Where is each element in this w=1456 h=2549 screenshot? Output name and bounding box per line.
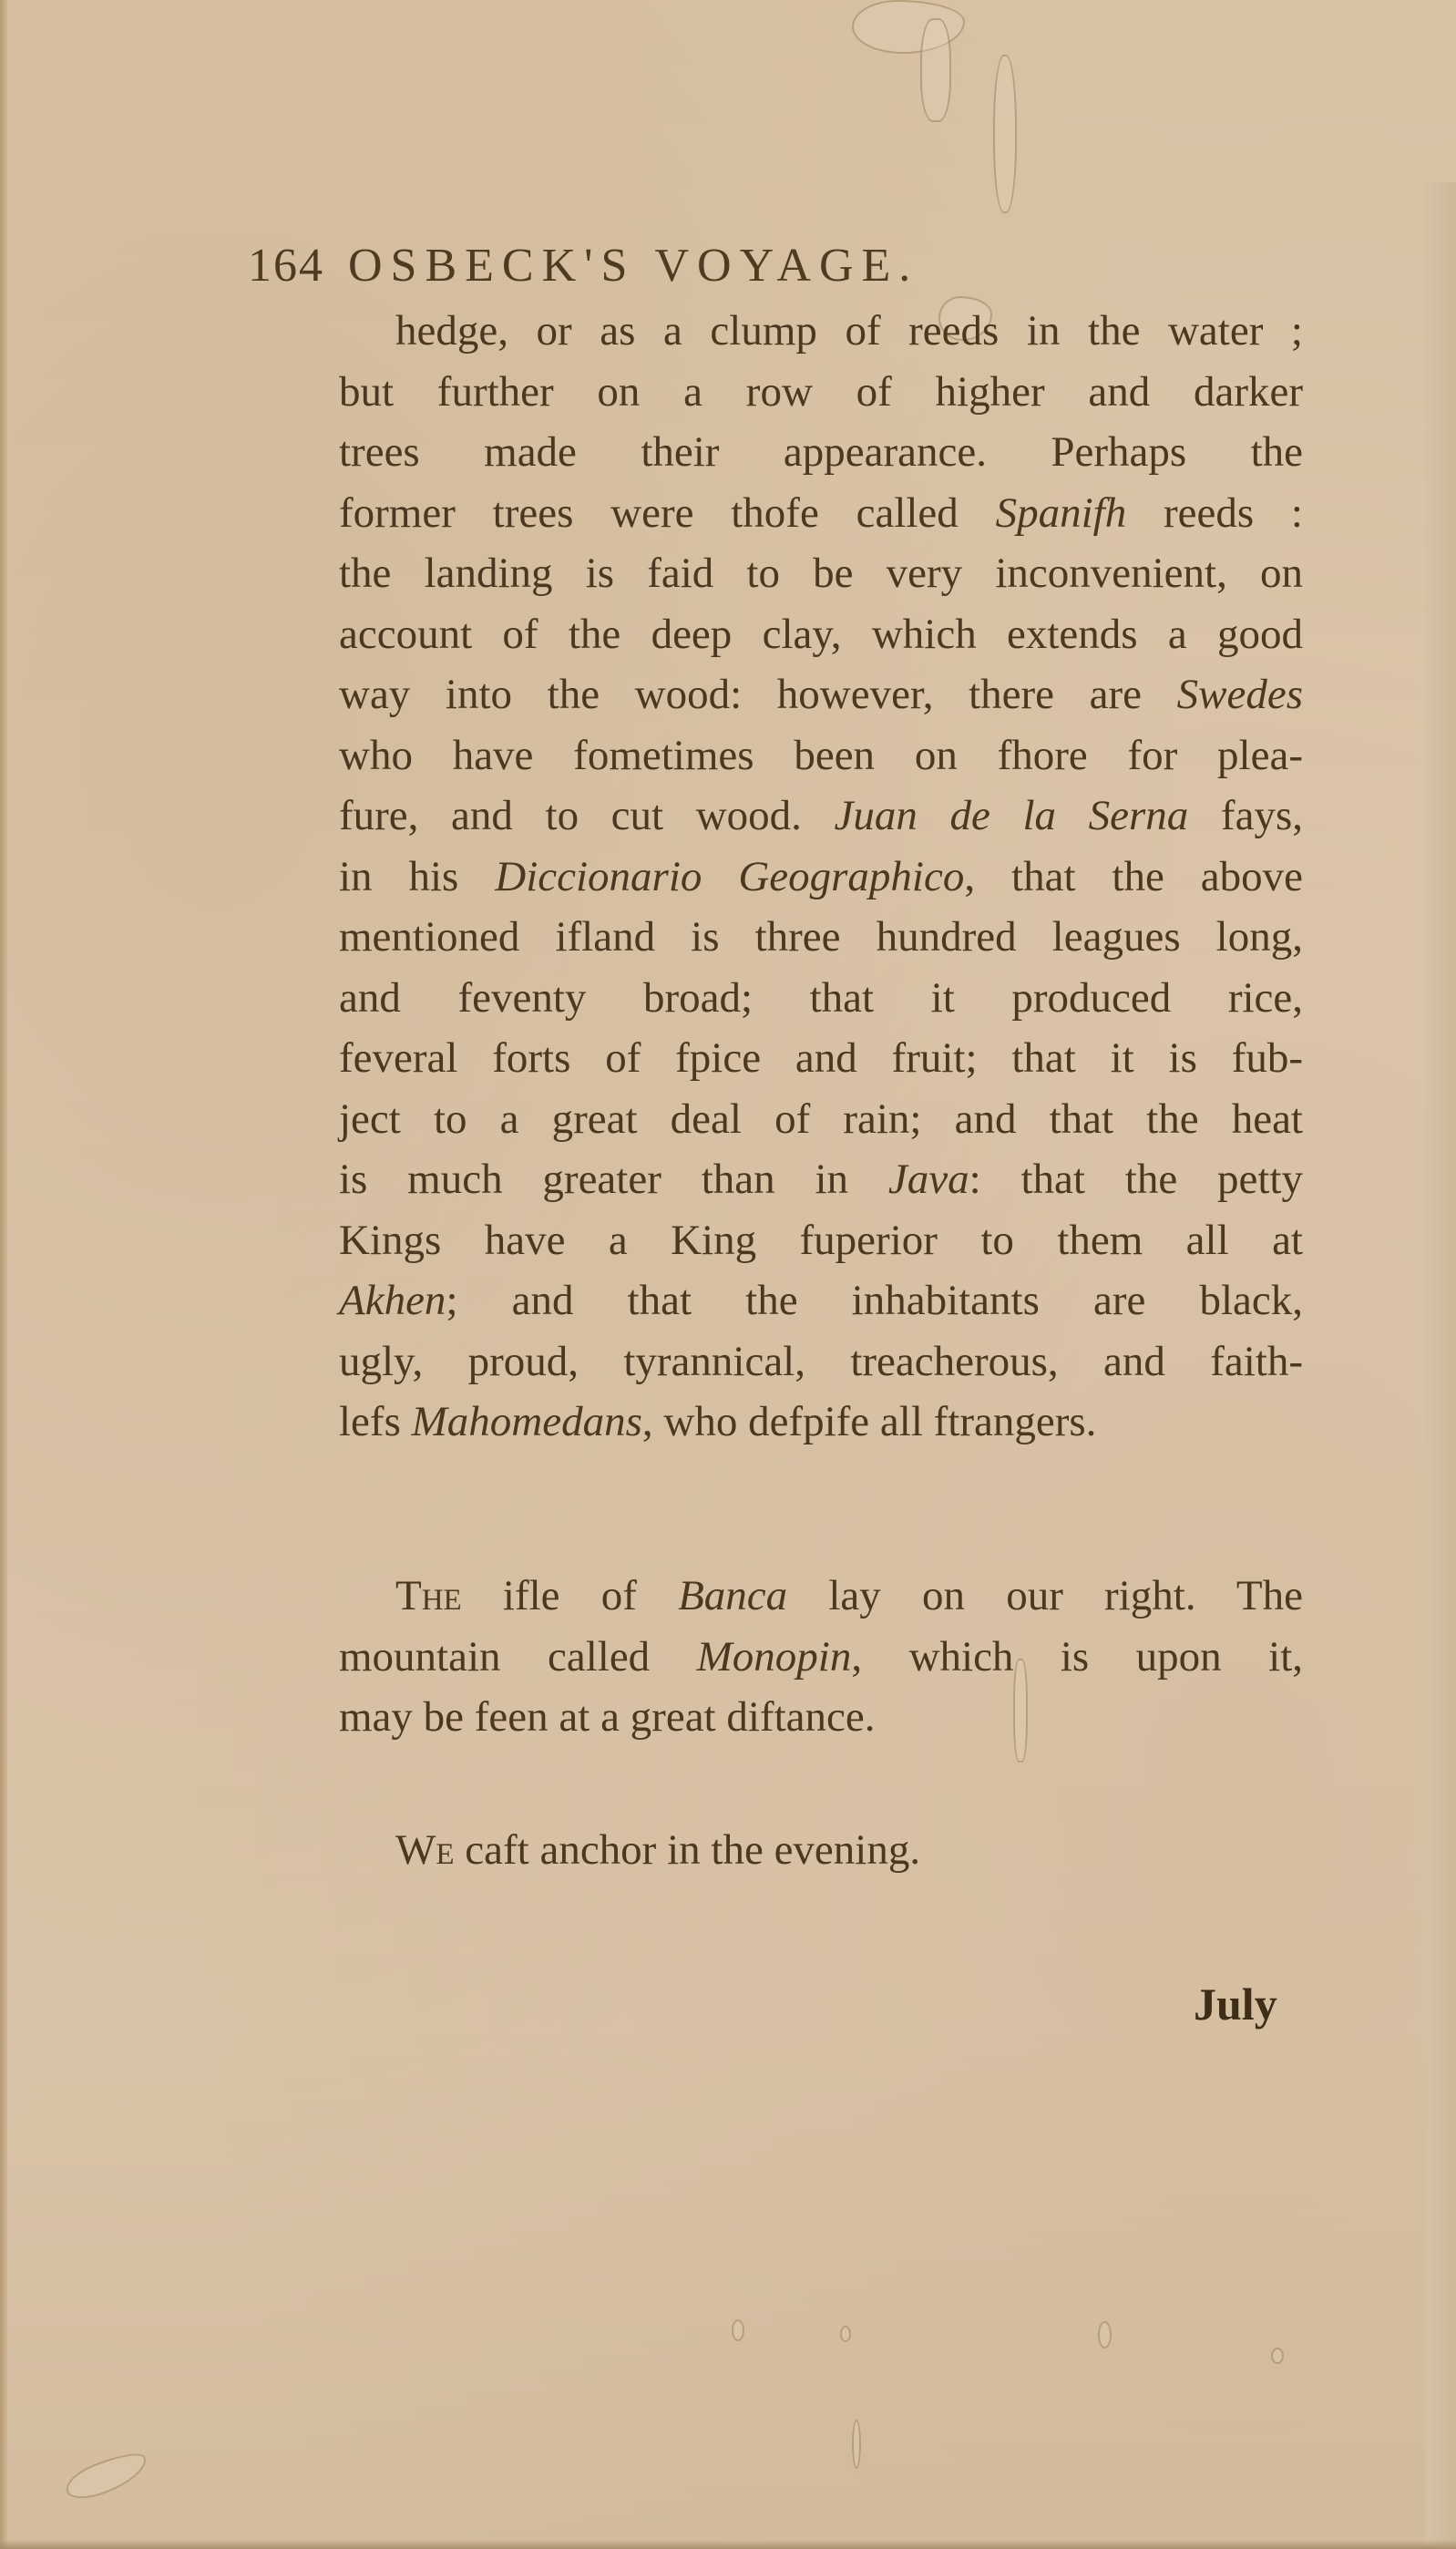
text-line: in his Diccionario Geographico, that the…: [339, 847, 1303, 908]
text-line: but further on a row of higher and darke…: [339, 362, 1303, 423]
text-line: The ifle of Banca lay on our right. The: [339, 1566, 1303, 1627]
text-line: and feventy broad; that it produced rice…: [339, 968, 1303, 1029]
italic-term: Monopin: [697, 1633, 852, 1680]
text-line: mountain called Monopin, which is upon i…: [339, 1627, 1303, 1688]
page-number: 164: [248, 240, 324, 292]
page-bottom-edge: [0, 2540, 1456, 2549]
italic-term: Banca: [678, 1572, 787, 1619]
text-line: Kings have a King fuperior to them all a…: [339, 1210, 1303, 1271]
small-caps-word: We: [395, 1826, 455, 1874]
italic-term: Akhen: [339, 1277, 446, 1324]
text-line: fure, and to cut wood. Juan de la Serna …: [339, 786, 1303, 847]
book-page: 164OSBECK'S VOYAGE. hedge, or as a clump…: [0, 0, 1456, 2549]
italic-term: Juan de la Serna: [835, 792, 1189, 839]
text-line: lefs Mahomedans, who defpife all ftrange…: [339, 1392, 1303, 1453]
text-line: way into the wood: however, there are Sw…: [339, 664, 1303, 725]
italic-term: Java: [888, 1156, 969, 1203]
catchword: July: [1194, 1978, 1277, 2030]
text-line: ugly, proud, tyrannical, treacherous, an…: [339, 1331, 1303, 1393]
text-line: ject to a great deal of rain; and that t…: [339, 1089, 1303, 1150]
water-stain-trail: [993, 55, 1017, 213]
italic-term: Diccionario Geographico: [495, 853, 964, 900]
text-line: mentioned ifland is three hundred league…: [339, 907, 1303, 968]
water-drop-3: [1098, 2321, 1112, 2349]
italic-term: Spanifh: [996, 489, 1127, 537]
italic-term: Swedes: [1177, 671, 1303, 718]
italic-term: Mahomedans: [412, 1398, 642, 1445]
paragraph-3: We caft anchor in the evening.: [339, 1820, 1303, 1881]
water-stain-bottom-left: [61, 2446, 152, 2507]
running-head-title: OSBECK'S VOYAGE.: [348, 240, 918, 292]
paragraph-1: hedge, or as a clump of reeds in the wat…: [339, 301, 1303, 1453]
text-line: may be feen at a great diftance.: [339, 1687, 1303, 1748]
text-line: account of the deep clay, which extends …: [339, 604, 1303, 665]
water-drop-1: [732, 2319, 744, 2341]
water-drop-2: [840, 2326, 851, 2342]
page-right-edge: [1425, 182, 1456, 2549]
text-line: hedge, or as a clump of reeds in the wat…: [339, 301, 1303, 362]
water-drip-5: [852, 2420, 861, 2469]
text-line: is much greater than in Java: that the p…: [339, 1149, 1303, 1210]
text-line: trees made their appearance. Perhaps the: [339, 422, 1303, 483]
text-line: the landing is faid to be very inconveni…: [339, 543, 1303, 604]
text-line: We caft anchor in the evening.: [339, 1820, 1303, 1881]
running-head: 164OSBECK'S VOYAGE.: [248, 239, 1296, 293]
paragraph-2: The ifle of Banca lay on our right. Them…: [339, 1566, 1303, 1748]
text-line: Akhen; and that the inhabitants are blac…: [339, 1270, 1303, 1331]
text-line: who have fometimes been on fhore for ple…: [339, 725, 1303, 786]
small-caps-word: The: [395, 1572, 462, 1619]
text-line: former trees were thofe called Spanifh r…: [339, 483, 1303, 544]
water-drop-4: [1271, 2348, 1284, 2364]
water-stain-top-drip: [920, 18, 951, 122]
text-line: feveral forts of fpice and fruit; that i…: [339, 1028, 1303, 1089]
page-left-edge: [0, 0, 7, 2549]
